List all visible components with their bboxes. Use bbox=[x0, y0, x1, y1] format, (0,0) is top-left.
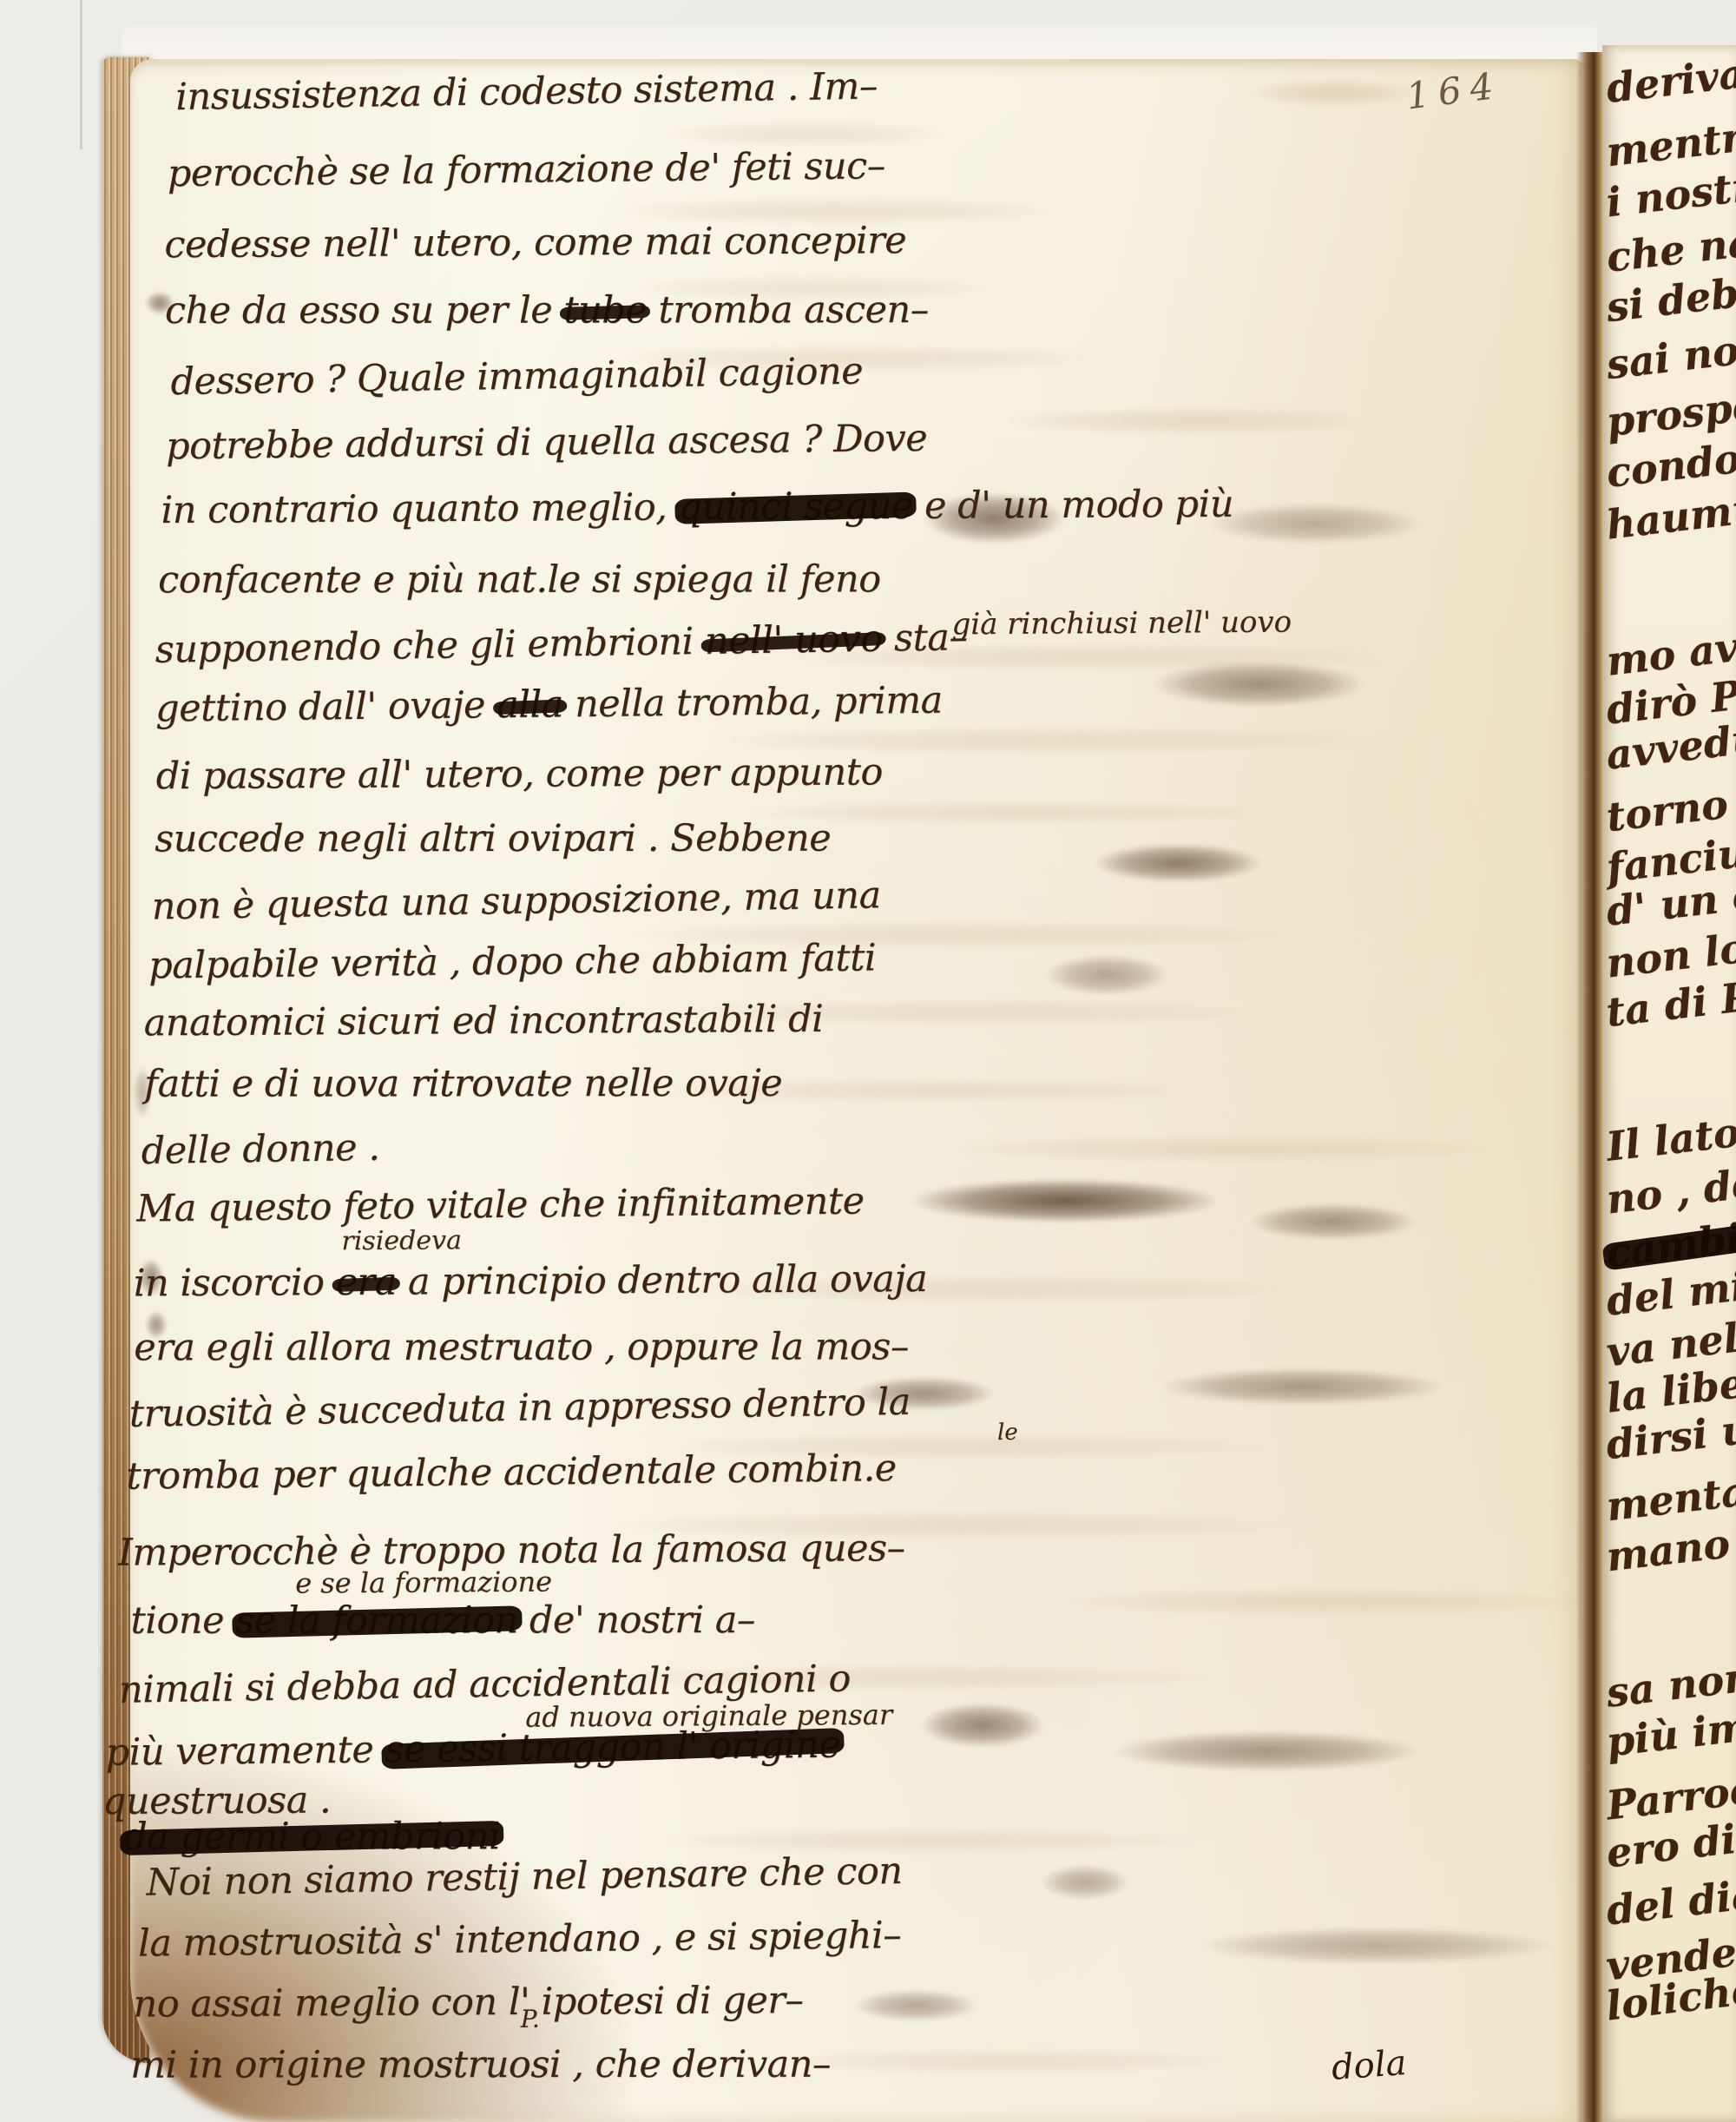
manuscript-line: confacente e più nat.le si spiega il fen… bbox=[158, 557, 881, 602]
next-page-text-fragment: mo aver luog bbox=[1604, 605, 1736, 685]
manuscript-line: che da esso su per le tube tromba ascen– bbox=[165, 288, 929, 333]
handwriting-layer: insussistenza di codesto sistema . Im–pe… bbox=[0, 0, 1736, 2122]
manuscript-line: palpabile verità , dopo che abbiam fatti bbox=[148, 936, 876, 987]
next-page-text-fragment: Il lato sopr bbox=[1604, 1096, 1736, 1170]
manuscript-line: succede negli altri ovipari . Sebbene bbox=[155, 817, 831, 861]
struck-text: nell' uovo bbox=[705, 617, 884, 663]
handwritten-text: supponendo che gli embrioni bbox=[155, 620, 705, 672]
manuscript-scan: 164 insussistenza di codesto sistema . I… bbox=[0, 0, 1736, 2122]
handwritten-text: insussistenza di codesto sistema . Im– bbox=[175, 64, 878, 119]
manuscript-line: tione se la formazion de' nostri a– bbox=[130, 1598, 754, 1643]
handwritten-text: palpabile verità , dopo che abbiam fatti bbox=[148, 936, 876, 987]
handwritten-text: cedesse nell' utero, come mai concepire bbox=[164, 219, 906, 267]
handwritten-text: in contrario quanto meglio, bbox=[161, 485, 678, 532]
interlinear-insertion: già rinchiusi nell' uovo bbox=[951, 605, 1292, 643]
manuscript-line: in contrario quanto meglio, quinci segue… bbox=[161, 483, 1233, 532]
handwritten-text: tione bbox=[130, 1599, 235, 1643]
manuscript-line: insussistenza di codesto sistema . Im– bbox=[175, 64, 878, 119]
manuscript-line: era egli allora mestruato , oppure la mo… bbox=[134, 1325, 909, 1369]
interlinear-insertion: e se la formazione bbox=[295, 1565, 552, 1600]
handwritten-text: tromba per qualche accidentale combin.e bbox=[126, 1447, 897, 1499]
manuscript-line: da germi o embrioni bbox=[123, 1815, 500, 1858]
handwritten-text: più veramente bbox=[105, 1728, 385, 1774]
manuscript-line: in iscorcio era a principio dentro alla … bbox=[134, 1257, 928, 1305]
handwritten-text: nella tromba, prima bbox=[563, 679, 943, 727]
handwritten-text: potrebbe addursi di quella ascesa ? Dove bbox=[166, 417, 928, 468]
manuscript-line: potrebbe addursi di quella ascesa ? Dove bbox=[166, 417, 928, 468]
interlinear-insertion: le bbox=[997, 1420, 1018, 1446]
manuscript-line: Ma questo feto vitale che infinitamente bbox=[136, 1179, 865, 1230]
handwritten-text: e d' un modo più bbox=[913, 483, 1233, 528]
catchword: dola bbox=[1331, 2043, 1408, 2088]
binding-gutter bbox=[1576, 52, 1602, 2122]
manuscript-line: fatti e di uova ritrovate nelle ovaje bbox=[144, 1062, 782, 1106]
handwritten-text: era egli allora mestruato , oppure la mo… bbox=[134, 1325, 909, 1369]
struck-text: da germi o embrioni bbox=[123, 1815, 500, 1858]
manuscript-line: no assai meglio con l' ipotesi di ger– bbox=[133, 1979, 803, 2026]
handwritten-text: delle donne . bbox=[141, 1126, 379, 1173]
handwritten-text: dessero ? Quale immaginabil cagione bbox=[170, 350, 863, 405]
manuscript-line: cedesse nell' utero, come mai concepire bbox=[164, 219, 906, 267]
handwritten-text: anatomici sicuri ed incontrastabili di bbox=[144, 998, 824, 1045]
manuscript-line: delle donne . bbox=[141, 1126, 379, 1173]
manuscript-line: supponendo che gli embrioni nell' uovo s… bbox=[155, 616, 968, 672]
handwritten-text: che da esso su per le bbox=[165, 289, 563, 333]
handwritten-text: a principio dentro alla ovaja bbox=[397, 1257, 928, 1304]
handwritten-text: la mostruosità s' intendano , e si spieg… bbox=[138, 1914, 902, 1966]
interlinear-insertion: risiedeva bbox=[341, 1225, 462, 1256]
manuscript-line: non è questa una supposizione, ma una bbox=[151, 873, 881, 928]
handwritten-text: non è questa una supposizione, ma una bbox=[151, 873, 881, 928]
handwritten-text: truosità è succeduta in appresso dentro … bbox=[128, 1381, 911, 1436]
struck-text: era bbox=[335, 1261, 396, 1304]
manuscript-line: perocchè se la formazione de' feti suc– bbox=[168, 144, 885, 195]
handwritten-text: confacente e più nat.le si spiega il fen… bbox=[158, 557, 881, 602]
handwritten-text: Ma questo feto vitale che infinitamente bbox=[136, 1179, 865, 1230]
struck-text: quinci segue bbox=[678, 484, 913, 530]
manuscript-line: anatomici sicuri ed incontrastabili di bbox=[144, 998, 824, 1045]
handwritten-text: succede negli altri ovipari . Sebbene bbox=[155, 817, 831, 861]
manuscript-line: truosità è succeduta in appresso dentro … bbox=[128, 1381, 911, 1436]
interlinear-insertion: ad nuova originale pensar bbox=[525, 1698, 892, 1734]
handwritten-text: fatti e di uova ritrovate nelle ovaje bbox=[144, 1062, 782, 1106]
struck-text: tube bbox=[563, 288, 647, 332]
manuscript-line: di passare all' utero, come per appunto bbox=[156, 750, 883, 798]
manuscript-line: gettino dall' ovaje alla nella tromba, p… bbox=[155, 679, 943, 731]
interlinear-insertion: P. bbox=[521, 2005, 540, 2033]
handwritten-text: perocchè se la formazione de' feti suc– bbox=[168, 144, 885, 195]
handwritten-text: gettino dall' ovaje bbox=[155, 683, 496, 730]
handwritten-text: di passare all' utero, come per appunto bbox=[156, 750, 883, 798]
struck-text: se la formazion bbox=[235, 1598, 518, 1642]
handwritten-text: de' nostri a– bbox=[518, 1598, 755, 1642]
handwritten-text: in iscorcio bbox=[134, 1261, 336, 1305]
next-page-text-fragment: derivandola bbox=[1604, 45, 1736, 112]
manuscript-line: dessero ? Quale immaginabil cagione bbox=[170, 350, 863, 405]
struck-text: alla bbox=[496, 682, 563, 727]
next-page-edge: derivandolamentre cagi nostri sache nasc… bbox=[1602, 45, 1736, 2122]
handwritten-text: mi in origine mostruosi , che derivan– bbox=[130, 2043, 831, 2087]
manuscript-line: mi in origine mostruosi , che derivan– bbox=[130, 2043, 831, 2087]
handwritten-text: tromba ascen– bbox=[647, 288, 928, 332]
handwritten-text: no assai meglio con l' ipotesi di ger– bbox=[133, 1979, 803, 2026]
manuscript-line: la mostruosità s' intendano , e si spieg… bbox=[138, 1914, 902, 1966]
manuscript-line: tromba per qualche accidentale combin.e bbox=[126, 1447, 897, 1499]
next-page-text-fragment: mentre cag bbox=[1604, 101, 1736, 176]
